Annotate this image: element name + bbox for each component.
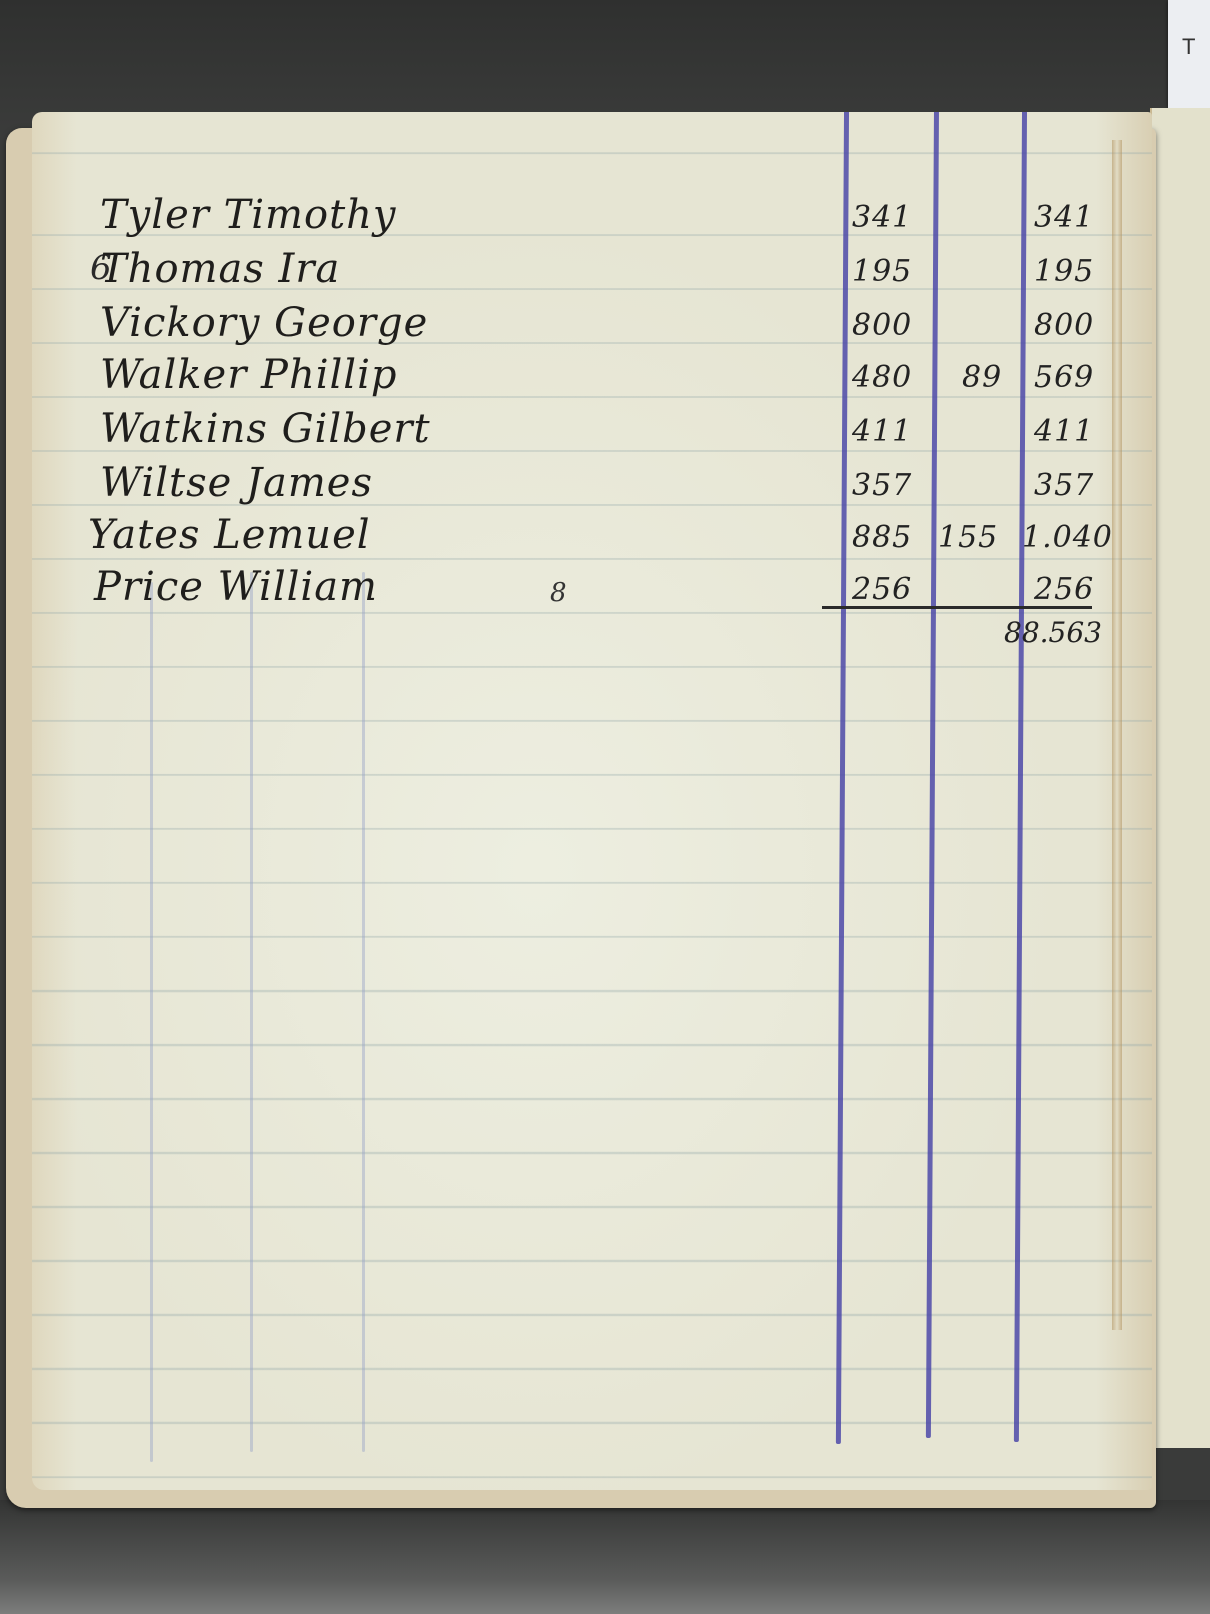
faint-margin-line-3	[362, 572, 365, 1452]
entry-total: 569	[1034, 360, 1094, 395]
entry-total: 411	[1034, 414, 1094, 449]
ledger-row: Yates Lemuel 885 155 1.040	[32, 512, 1152, 566]
entry-name: Watkins Gilbert	[100, 406, 431, 452]
ledger-row: Price William 8 256 256	[32, 564, 1152, 618]
entry-amount: 256	[852, 572, 912, 607]
entry-amount: 341	[852, 200, 912, 235]
entry-amount: 411	[852, 414, 912, 449]
ledger-row: Thomas Ira 195 195	[32, 246, 1152, 300]
entry-addition: 155	[938, 520, 998, 555]
entry-total: 195	[1034, 254, 1094, 289]
sum-underline	[822, 606, 1092, 609]
faint-margin-line-2	[250, 572, 253, 1452]
ledger-row: Walker Phillip 480 89 569	[32, 352, 1152, 406]
entry-name: Wiltse James	[100, 460, 373, 506]
entry-amount: 195	[852, 254, 912, 289]
entry-name: Walker Phillip	[100, 352, 397, 398]
entry-addition: 89	[962, 360, 1002, 395]
entry-name: Price William	[94, 564, 378, 610]
entry-total: 800	[1034, 308, 1094, 343]
entry-name: Yates Lemuel	[88, 512, 371, 558]
dark-background-bottom	[0, 1500, 1210, 1614]
ledger-page: 6 Tyler Timothy 341 341 Thomas Ira 195 1…	[32, 112, 1152, 1490]
book-binding-stitch	[1112, 140, 1122, 1330]
entry-amount: 800	[852, 308, 912, 343]
entry-total: 1.040	[1022, 520, 1113, 555]
entry-amount: 885	[852, 520, 912, 555]
entry-note: 8	[550, 578, 567, 608]
ledger-row: Wiltse James 357 357	[32, 460, 1152, 514]
entry-total: 357	[1034, 468, 1094, 503]
entry-name: Vickory George	[100, 300, 428, 346]
facing-page-edge	[1150, 108, 1210, 1448]
ledger-row: Vickory George 800 800	[32, 300, 1152, 354]
corner-label-card: T	[1168, 0, 1210, 108]
corner-label-text: T	[1182, 34, 1195, 60]
faint-margin-line-1	[150, 582, 153, 1462]
entry-amount: 357	[852, 468, 912, 503]
entry-total: 341	[1034, 200, 1094, 235]
ledger-row: Watkins Gilbert 411 411	[32, 406, 1152, 460]
ledger-row: Tyler Timothy 341 341	[32, 192, 1152, 246]
grand-total: 88.563	[1004, 616, 1102, 649]
entry-amount: 480	[852, 360, 912, 395]
entry-name: Tyler Timothy	[100, 192, 397, 238]
entry-total: 256	[1034, 572, 1094, 607]
entry-name: Thomas Ira	[100, 246, 340, 292]
